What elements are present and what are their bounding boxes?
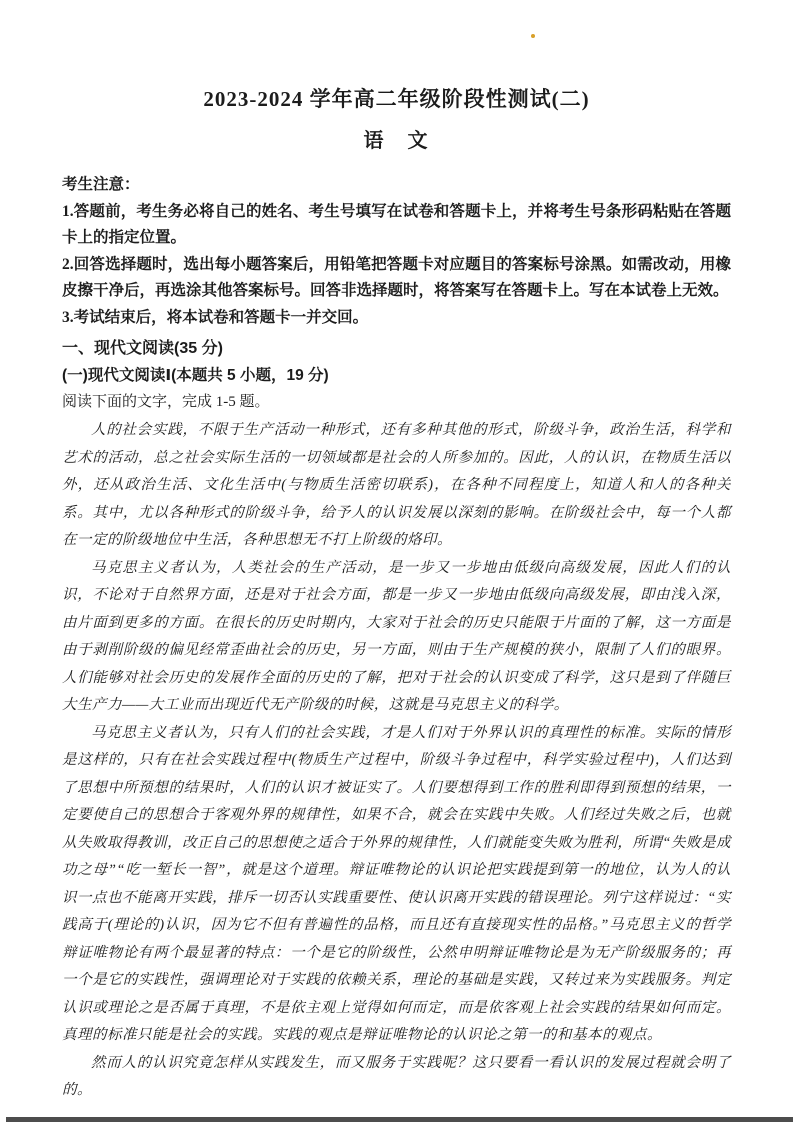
notice-item-2: 2.回答选择题时，选出每小题答案后，用铅笔把答题卡对应题目的答案标号涂黑。如需改… [62,252,731,305]
passage-paragraph-4: 然而人的认识究竟怎样从实践发生，而又服务于实践呢？这只要看一看认识的发展过程就会… [62,1050,731,1105]
notice-heading: 考生注意： [62,172,731,199]
page-title: 2023-2024 学年高二年级阶段性测试(二) [62,84,731,114]
subject-title: 语 文 [62,126,731,156]
exam-paper-page: 2023-2024 学年高二年级阶段性测试(二) 语 文 考生注意： 1.答题前… [62,0,731,1105]
scan-artifact-bottom-bar [6,1117,793,1122]
passage-paragraph-2: 马克思主义者认为，人类社会的生产活动，是一步又一步地由低级向高级发展，因此人们的… [62,555,731,720]
notice-item-1: 1.答题前，考生务必将自己的姓名、考生号填写在试卷和答题卡上，并将考生号条形码粘… [62,199,731,252]
candidate-notice-section: 考生注意： 1.答题前，考生务必将自己的姓名、考生号填写在试卷和答题卡上，并将考… [62,172,731,331]
section-heading-modern-reading: 一、现代文阅读(35 分) [62,335,731,362]
passage-paragraph-3: 马克思主义者认为，只有人们的社会实践，才是人们对于外界认识的真理性的标准。实际的… [62,720,731,1050]
notice-item-3: 3.考试结束后，将本试卷和答题卡一并交回。 [62,305,731,332]
reading-passage: 人的社会实践，不限于生产活动一种形式，还有多种其他的形式，阶级斗争，政治生活，科… [62,417,731,1105]
section-subheading-reading-1: (一)现代文阅读Ⅰ(本题共 5 小题，19 分) [62,362,731,389]
reading-instruction: 阅读下面的文字，完成 1-5 题。 [62,389,731,415]
passage-paragraph-1: 人的社会实践，不限于生产活动一种形式，还有多种其他的形式，阶级斗争，政治生活，科… [62,417,731,555]
